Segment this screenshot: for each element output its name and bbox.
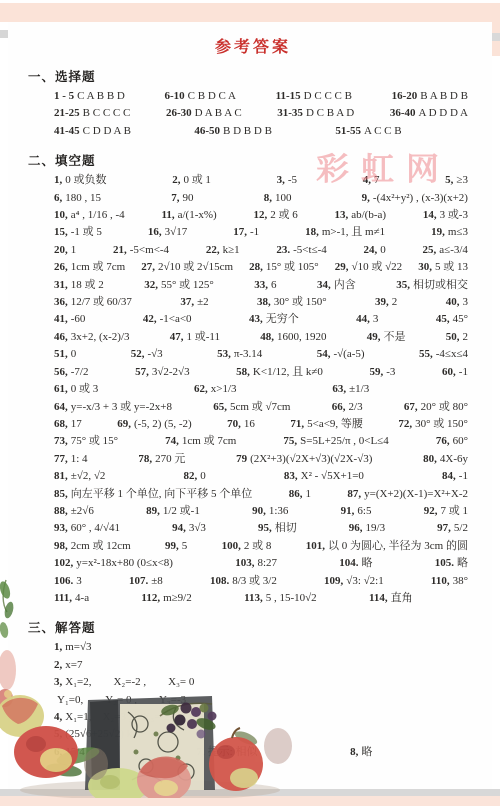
- answer-cell: 32,55° 或 125°: [144, 277, 214, 294]
- answer-value: 0 或负数: [65, 174, 106, 186]
- answer-number: 101,: [306, 540, 325, 552]
- answer-number: 103,: [235, 557, 254, 569]
- answer-value: 1: [71, 244, 77, 256]
- answer-number: 8,: [264, 192, 272, 204]
- answer-number: 5,: [54, 728, 62, 740]
- top-pink-band: [0, 3, 500, 22]
- answer-value: 5/2: [454, 522, 468, 534]
- answer-number: 27,: [141, 261, 155, 273]
- answer-number: 91,: [341, 505, 355, 517]
- answer-cell: 35,相切或相交: [396, 277, 468, 294]
- answer-number: 79: [236, 453, 247, 465]
- answer-number: 66,: [332, 401, 346, 413]
- answer-cell: 85,向左平移 1 个单位, 向下平移 5 个单位: [54, 486, 252, 503]
- answer-cell: 28,15° 或 105°: [249, 259, 319, 276]
- answer-value: C D D A B: [83, 125, 131, 137]
- answer-number: 77,: [54, 453, 68, 465]
- answer-value: ±2: [197, 296, 209, 308]
- answer-value: 1:36: [269, 505, 289, 517]
- answer-cell: 88,±2√6: [54, 503, 94, 520]
- answer-value: 180 , 15: [65, 192, 101, 204]
- answer-number: 10,: [54, 209, 68, 221]
- answer-number: 90,: [252, 505, 266, 517]
- answer-cell: 106.3: [54, 573, 82, 590]
- answer-cell: 74,1cm 或 7cm: [165, 433, 236, 450]
- answer-number: 18,: [305, 226, 319, 238]
- answer-value: 0 或 3: [71, 383, 99, 395]
- answer-number: 31-35: [277, 107, 303, 119]
- answer-cell: 47,1 或-11: [170, 329, 220, 346]
- answer-number: 8,: [350, 746, 358, 758]
- answer-value: -5<t≤-4: [293, 244, 327, 256]
- answer-number: 52,: [131, 348, 145, 360]
- answer-value: -5<m<-4: [130, 244, 169, 256]
- answer-value: Y₁=0, Y₂= 0 , Y₃=-3: [57, 694, 186, 706]
- answer-number: 7,: [171, 192, 179, 204]
- answer-number: 40,: [446, 296, 460, 308]
- answer-number: 74,: [165, 435, 179, 447]
- answer-cell: 105.略: [435, 555, 468, 572]
- answer-number: 38,: [257, 296, 271, 308]
- answer-number: 105.: [435, 557, 454, 569]
- answer-value: B D B D B: [223, 125, 272, 137]
- answer-line: 88,±2√689,1/2 或-190,1:3691,6:592,7 或 1: [28, 503, 478, 520]
- answer-value: √3: √2:1: [346, 575, 383, 587]
- answer-number: 51-55: [335, 125, 361, 137]
- answer-cell: 24,0: [364, 242, 386, 259]
- answer-cell: 95,相切: [258, 520, 297, 537]
- answer-cell: 26-30D A B A C: [166, 105, 242, 122]
- answer-value: 1/2 或-1: [163, 505, 200, 517]
- answer-cell: 72,30° 或 150°: [398, 416, 468, 433]
- answer-value: ≥3: [456, 174, 468, 186]
- answer-value: -60: [71, 313, 86, 325]
- answer-value: 55° 或 125°: [161, 279, 214, 291]
- answer-number: 81,: [54, 470, 68, 482]
- answer-value: 2 或 8: [244, 540, 272, 552]
- answer-line: 21-25B C C C C26-30D A B A C31-35D C B A…: [28, 105, 478, 122]
- answer-number: 26-30: [166, 107, 192, 119]
- answer-value: B C C C C: [83, 107, 131, 119]
- answer-number: 99,: [165, 540, 179, 552]
- answer-value: D C B A D: [306, 107, 354, 119]
- answer-cell: 77,1: 4: [54, 451, 88, 468]
- answer-value: -3: [386, 366, 395, 378]
- answer-value: -7/2: [71, 366, 89, 378]
- answer-number: 3,: [54, 676, 62, 688]
- answer-line: 5,(25√6+25√2) km: [28, 726, 478, 743]
- section-heading: 一、选择题: [28, 67, 478, 85]
- answer-number: 95,: [258, 522, 272, 534]
- answer-cell: 55,-4≤x≤4: [419, 346, 468, 363]
- answer-cell: 112,m≥9/2: [141, 590, 191, 607]
- answer-number: 72,: [398, 418, 412, 430]
- answer-number: 65,: [213, 401, 227, 413]
- answer-cell: 70,16: [227, 416, 255, 433]
- answer-value: 5 , 15-10√2: [266, 592, 317, 604]
- answer-cell: 104.略: [339, 555, 372, 572]
- answer-value: 3√2-2√3: [152, 366, 190, 378]
- answer-value: 直角: [391, 592, 413, 604]
- answer-cell: 3,X₁=2, X₂=-2 , X₃= 0: [54, 674, 194, 691]
- answer-value: (-5, 2) (5, -2): [134, 418, 192, 430]
- answer-value: 2: [462, 331, 468, 343]
- answer-cell: 11,a/(1-x%): [161, 207, 216, 224]
- answer-value: 1: 4: [71, 453, 88, 465]
- answer-number: 35,: [396, 279, 410, 291]
- answer-number: 4,: [54, 711, 62, 723]
- answer-number: 85,: [54, 488, 68, 500]
- answer-cell: 43,无穷个: [249, 311, 299, 328]
- answer-cell: 17,-1: [233, 224, 259, 241]
- answer-number: 16-20: [392, 90, 418, 102]
- answer-cell: 10,a⁴ , 1/16 , -4: [54, 207, 125, 224]
- answer-value: -1: [250, 226, 259, 238]
- answer-cell: 13,ab/(b-a): [334, 207, 386, 224]
- answer-line: 26,1cm 或 7cm27,2√10 或 2√15cm28,15° 或 105…: [28, 259, 478, 276]
- answer-cell: 41,-60: [54, 311, 85, 328]
- answer-line: 81,±√2, √282,083,X² - √5X+1=084,-1: [28, 468, 478, 485]
- answer-cell: 4,7: [363, 172, 380, 189]
- answer-cell: 11-15D C C C B: [276, 88, 352, 105]
- answer-cell: 80,4X-6y: [423, 451, 468, 468]
- answer-line: 77,1: 478,270 元79(2X²+3)(√2X+√3)(√2X-√3)…: [28, 451, 478, 468]
- answer-cell: 6,15/4 cm: [54, 744, 104, 761]
- answer-number: 82,: [184, 470, 198, 482]
- answer-cell: 109,√3: √2:1: [324, 573, 384, 590]
- answer-line: 1,0 或负数2,0 或 13,-54,75,≥3: [28, 172, 478, 189]
- answer-value: 7: [374, 174, 380, 186]
- answer-value: 6:5: [357, 505, 371, 517]
- answer-cell: 69,(-5, 2) (5, -2): [117, 416, 191, 433]
- answer-value: -1<a<0: [160, 313, 192, 325]
- answer-number: 98,: [54, 540, 68, 552]
- answer-value: 1cm 或 7cm: [182, 435, 236, 447]
- answer-number: 69,: [117, 418, 131, 430]
- answer-number: 21,: [113, 244, 127, 256]
- answer-cell: 36,12/7 或 60/37: [54, 294, 132, 311]
- answer-value: C B D C A: [188, 90, 236, 102]
- section-heading: 二、填空题: [28, 151, 478, 169]
- answer-number: 87,: [347, 488, 361, 500]
- answer-number: 26,: [54, 261, 68, 273]
- answer-cell: 33,6: [254, 277, 276, 294]
- answer-value: 略: [457, 557, 468, 569]
- answer-line: 106.3107.±8108.8/3 或 3/2109,√3: √2:1110,…: [28, 573, 478, 590]
- answer-value: -1: [459, 366, 468, 378]
- answer-cell: 79(2X²+3)(√2X+√3)(√2X-√3): [236, 451, 372, 468]
- answer-number: 92,: [424, 505, 438, 517]
- answer-line: 1 - 5C A B B D6-10C B D C A11-15D C C C …: [28, 88, 478, 105]
- answer-number: 57,: [135, 366, 149, 378]
- answer-number: 19,: [431, 226, 445, 238]
- answer-value: 3√17: [165, 226, 188, 238]
- answer-value: 0: [71, 348, 77, 360]
- answer-number: 113,: [244, 592, 263, 604]
- answer-cell: 5,(25√6+25√2) km: [54, 726, 141, 743]
- answer-value: 相切或相交: [413, 279, 468, 291]
- answer-value: X₁=2, X₂=-2 , X₃= 0: [65, 676, 194, 688]
- answer-cell: 98,2cm 或 12cm: [54, 538, 131, 555]
- answer-value: 17: [71, 418, 82, 430]
- answer-value: 3x+2, (x-2)/3: [71, 331, 130, 343]
- answer-cell: 114,直角: [369, 590, 413, 607]
- answer-line: 31,18 或 232,55° 或 125°33,634,内含35,相切或相交: [28, 277, 478, 294]
- answer-cell: 34,内含: [317, 277, 356, 294]
- answer-cell: 87,y=(X+2)(X-1)=X²+X-2: [347, 486, 468, 503]
- answer-cell: 51,0: [54, 346, 76, 363]
- answer-value: 30° 或 150°: [274, 296, 327, 308]
- bottom-grey-strip: [0, 789, 500, 796]
- answer-value: ±1/3: [349, 383, 369, 395]
- answer-cell: 27,2√10 或 2√15cm: [141, 259, 233, 276]
- answer-number: 21-25: [54, 107, 80, 119]
- answer-number: 54,: [317, 348, 331, 360]
- answer-cell: 60,-1: [442, 364, 468, 381]
- answer-cell: 45,45°: [436, 311, 468, 328]
- answer-cell: 63,±1/3: [332, 381, 369, 398]
- answer-cell: 113,5 , 15-10√2: [244, 590, 317, 607]
- answer-number: 15,: [54, 226, 68, 238]
- answer-cell: 4,X₁=1, X₂=3 , X₃=-2,: [54, 709, 172, 726]
- answer-line: 46,3x+2, (x-2)/347,1 或-1148,1600, 192049…: [28, 329, 478, 346]
- answer-cell: 99,5: [165, 538, 187, 555]
- answer-number: 11-15: [276, 90, 301, 102]
- answer-number: 29,: [335, 261, 349, 273]
- answer-number: 1,: [54, 174, 62, 186]
- answer-value: a≤-3/4: [439, 244, 468, 256]
- answer-number: 47,: [170, 331, 184, 343]
- answer-number: 41,: [54, 313, 68, 325]
- answer-number: 3,: [277, 174, 285, 186]
- answer-value: π-3.14: [234, 348, 262, 360]
- answer-number: 73,: [54, 435, 68, 447]
- answer-line: 56,-7/257,3√2-2√358,K<1/12, 且 k≠059,-360…: [28, 364, 478, 381]
- answer-number: 31,: [54, 279, 68, 291]
- answer-cell: 82,0: [184, 468, 206, 485]
- answer-value: 内含: [334, 279, 356, 291]
- answer-number: 49,: [367, 331, 381, 343]
- answer-number: 78,: [138, 453, 152, 465]
- answer-number: 63,: [332, 383, 346, 395]
- answer-number: 46-50: [194, 125, 220, 137]
- answer-cell: 100,2 或 8: [222, 538, 272, 555]
- answer-cell: 19,m≤3: [431, 224, 468, 241]
- answer-number: 22,: [206, 244, 220, 256]
- answer-value: 0: [200, 470, 206, 482]
- answer-value: 8/3 或 3/2: [232, 575, 277, 587]
- answer-number: 107.: [129, 575, 148, 587]
- answer-number: 6-10: [165, 90, 185, 102]
- answer-value: 4X-6y: [440, 453, 468, 465]
- answer-number: 88,: [54, 505, 68, 517]
- answer-number: 102,: [54, 557, 73, 569]
- section-heading: 三、解答题: [28, 618, 478, 636]
- answer-cell: 61,0 或 3: [54, 381, 98, 398]
- answer-value: 30° 或 150°: [415, 418, 468, 430]
- answer-value: 100: [275, 192, 292, 204]
- answer-value: m≤3: [448, 226, 468, 238]
- answer-number: 28,: [249, 261, 263, 273]
- answer-cell: 68,17: [54, 416, 82, 433]
- answer-cell: 31-35D C B A D: [277, 105, 354, 122]
- answer-number: 2,: [172, 174, 180, 186]
- answer-number: 112,: [141, 592, 160, 604]
- answer-value: A C C B: [364, 125, 402, 137]
- answer-cell: 29,√10 或 √22: [335, 259, 402, 276]
- answer-number: 1,: [54, 641, 62, 653]
- answer-cell: 9,-(4x²+y²) , (x-3)(x+2): [362, 190, 468, 207]
- answer-cell: 7,提示: 相似: [196, 744, 257, 761]
- answer-number: 13,: [334, 209, 348, 221]
- answer-cell: 90,1:36: [252, 503, 288, 520]
- answer-cell: 16,3√17: [148, 224, 187, 241]
- answer-sheet-page: 参考答案 一、选择题1 - 5C A B B D6-10C B D C A11-…: [8, 22, 492, 789]
- answer-section: 三、解答题1,m=√32,x=73,X₁=2, X₂=-2 , X₃= 0Y₁=…: [28, 618, 478, 761]
- answer-value: 不是: [383, 331, 405, 343]
- answer-number: 43,: [249, 313, 263, 325]
- answer-line: 73,75° 或 15°74,1cm 或 7cm75,S=5L+25/π , 0…: [28, 433, 478, 450]
- answer-value: 2 或 6: [270, 209, 298, 221]
- answer-line: 2,x=7: [28, 657, 478, 674]
- answer-value: 20° 或 80°: [421, 401, 468, 413]
- answer-number: 86,: [289, 488, 303, 500]
- answer-number: 70,: [227, 418, 241, 430]
- answer-value: 略: [362, 557, 373, 569]
- answer-number: 11,: [161, 209, 174, 221]
- answer-line: 111,4-a112,m≥9/2113,5 , 15-10√2114,直角: [28, 590, 478, 607]
- answer-value: -4≤x≤4: [436, 348, 468, 360]
- answer-cell: 46-50B D B D B: [194, 123, 272, 140]
- answer-cell: 97,5/2: [437, 520, 468, 537]
- answer-number: 36,: [54, 296, 68, 308]
- answer-value: √10 或 √22: [352, 261, 403, 273]
- answer-cell: 108.8/3 或 3/2: [210, 573, 277, 590]
- answer-number: 67,: [404, 401, 418, 413]
- answer-line: 102,y=x²-18x+80 (0≤x<8)103,8:27104.略105.…: [28, 555, 478, 572]
- answer-value: 2cm 或 12cm: [71, 540, 131, 552]
- answer-cell: 39,2: [375, 294, 397, 311]
- answer-line: 51,052,-√353,π-3.1454,-√(a-5)55,-4≤x≤4: [28, 346, 478, 363]
- answer-number: 58,: [236, 366, 250, 378]
- answer-line: 64,y=-x/3 + 3 或 y=-2x+865,5cm 或 √7cm66,2…: [28, 399, 478, 416]
- answer-number: 64,: [54, 401, 68, 413]
- answer-value: -1 或 5: [71, 226, 102, 238]
- answer-line: 6,15/4 cm7,提示: 相似8,略: [28, 744, 478, 761]
- answer-cell: 36-40A D D D A: [390, 105, 468, 122]
- answer-number: 110,: [431, 575, 450, 587]
- answer-number: 36-40: [390, 107, 416, 119]
- answer-value: 3: [76, 575, 82, 587]
- answer-number: 6,: [54, 746, 62, 758]
- answer-cell: 110,38°: [431, 573, 468, 590]
- answer-cell: 12,2 或 6: [253, 207, 297, 224]
- answer-number: 41-45: [54, 125, 80, 137]
- answer-number: 45,: [436, 313, 450, 325]
- answer-value: 0 或 1: [183, 174, 211, 186]
- answer-number: 48,: [260, 331, 274, 343]
- answer-cell: 58,K<1/12, 且 k≠0: [236, 364, 323, 381]
- answer-cell: 93,60° , 4/√41: [54, 520, 120, 537]
- answer-cell: 30,5 或 13: [418, 259, 468, 276]
- answer-line: 15,-1 或 516,3√1717,-118,m>-1, 且 m≠119,m≤…: [28, 224, 478, 241]
- answer-value: 1600, 1920: [277, 331, 327, 343]
- answer-line: 68,1769,(-5, 2) (5, -2)70,1671,5<a<9, 等腰…: [28, 416, 478, 433]
- answer-cell: 8,略: [350, 744, 372, 761]
- answer-section: 一、选择题1 - 5C A B B D6-10C B D C A11-15D C…: [28, 67, 478, 140]
- answer-line: 93,60° , 4/√4194,3√395,相切96,19/397,5/2: [28, 520, 478, 537]
- answer-value: -√3: [147, 348, 162, 360]
- answer-cell: 6,180 , 15: [54, 190, 101, 207]
- answer-number: 83,: [284, 470, 298, 482]
- answer-number: 108.: [210, 575, 229, 587]
- answer-cell: 81,±√2, √2: [54, 468, 105, 485]
- answer-value: 45°: [453, 313, 468, 325]
- answer-number: 44,: [356, 313, 370, 325]
- answer-cell: 7,90: [171, 190, 193, 207]
- answer-value: y=x²-18x+80 (0≤x<8): [76, 557, 173, 569]
- answer-line: 61,0 或 362,x>1/363,±1/3: [28, 381, 478, 398]
- answer-cell: 78,270 元: [138, 451, 185, 468]
- answer-value: 6: [271, 279, 277, 291]
- answer-cell: 65,5cm 或 √7cm: [213, 399, 290, 416]
- answer-value: 5<a<9, 等腰: [307, 418, 363, 430]
- bottom-pink-band: [0, 796, 500, 806]
- answer-value: 3: [462, 296, 468, 308]
- answer-number: 109,: [324, 575, 343, 587]
- answer-number: 100,: [222, 540, 241, 552]
- answer-line: 41,-6042,-1<a<043,无穷个44,345,45°: [28, 311, 478, 328]
- answer-value: ab/(b-a): [351, 209, 386, 221]
- answer-value: (2X²+3)(√2X+√3)(√2X-√3): [250, 453, 372, 465]
- answer-value: -1: [459, 470, 468, 482]
- answer-cell: 46,3x+2, (x-2)/3: [54, 329, 130, 346]
- answer-number: 75,: [283, 435, 297, 447]
- answer-cell: 96,19/3: [349, 520, 385, 537]
- answer-value: m≥9/2: [163, 592, 192, 604]
- answer-cell: 49,不是: [367, 329, 406, 346]
- answer-number: 80,: [423, 453, 437, 465]
- answer-cell: 53,π-3.14: [217, 346, 262, 363]
- answer-line: 3,X₁=2, X₂=-2 , X₃= 0: [28, 674, 478, 691]
- answer-cell: 51-55A C C B: [335, 123, 401, 140]
- answer-value: 3: [373, 313, 379, 325]
- answer-cell: 59,-3: [370, 364, 396, 381]
- answer-value: K<1/12, 且 k≠0: [253, 366, 323, 378]
- answer-cell: 22,k≥1: [206, 242, 240, 259]
- answer-number: 5,: [445, 174, 453, 186]
- answer-number: 114,: [369, 592, 388, 604]
- answer-value: 8:27: [257, 557, 277, 569]
- answer-cell: 89,1/2 或-1: [146, 503, 200, 520]
- answer-value: 略: [361, 746, 372, 758]
- answer-cell: 54,-√(a-5): [317, 346, 365, 363]
- answer-value: 1cm 或 7cm: [71, 261, 125, 273]
- answer-value: (25√6+25√2) km: [65, 728, 140, 740]
- answer-value: 18 或 2: [71, 279, 104, 291]
- answer-line: 20,121,-5<m<-422,k≥123.-5<t≤-424,025,a≤-…: [28, 242, 478, 259]
- answer-cell: 62,x>1/3: [194, 381, 237, 398]
- answer-number: 97,: [437, 522, 451, 534]
- answer-number: 39,: [375, 296, 389, 308]
- answer-value: 1: [305, 488, 311, 500]
- answer-cell: Y₁=0, Y₂= 0 , Y₃=-3: [54, 692, 186, 709]
- answer-cell: 1 - 5C A B B D: [54, 88, 125, 105]
- answer-number: 24,: [364, 244, 378, 256]
- answer-value: 3√3: [189, 522, 206, 534]
- answer-value: 2√10 或 2√15cm: [158, 261, 233, 273]
- answer-number: 1 - 5: [54, 90, 74, 102]
